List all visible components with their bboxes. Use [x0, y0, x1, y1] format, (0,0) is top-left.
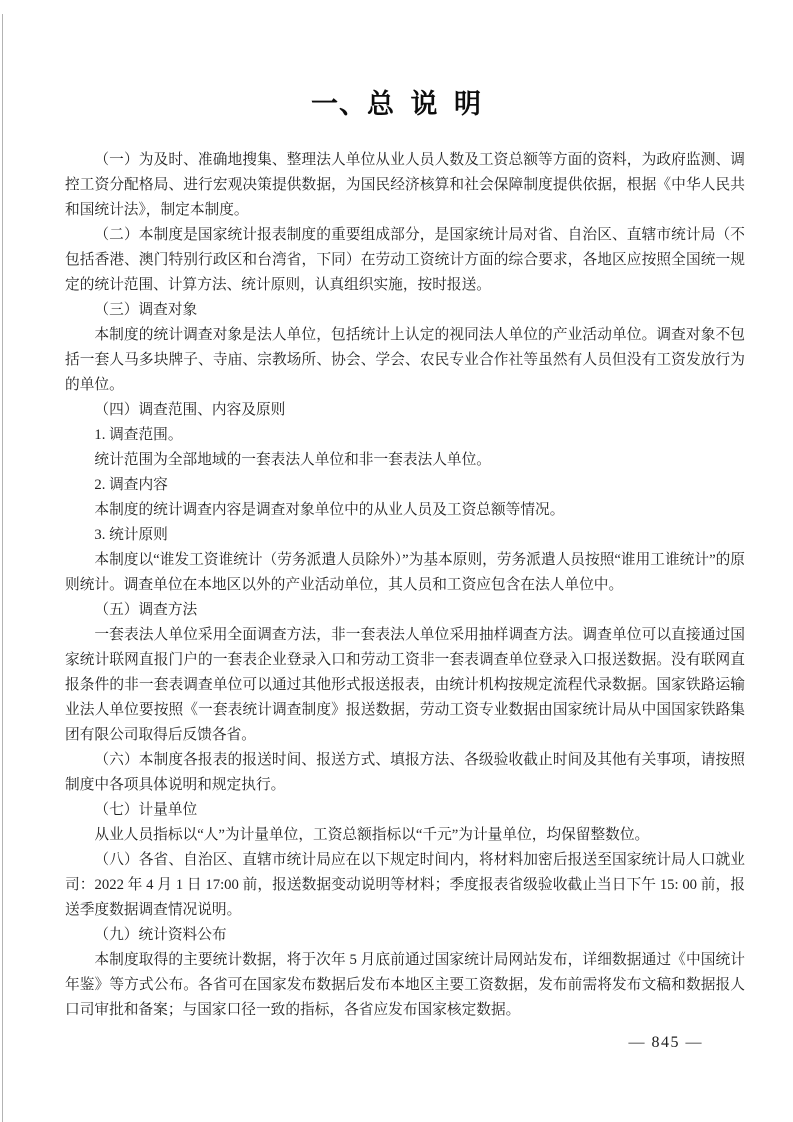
para-1-purpose: （一）为及时、准确地搜集、整理法人单位从业人员人数及工资总额等方面的资料，为政府… — [65, 148, 745, 223]
para-survey-scope-detail: 统计范围为全部地域的一套表法人单位和非一套表法人单位。 — [65, 448, 745, 473]
para-2-system-composition: （二）本制度是国家统计报表制度的重要组成部分，是国家统计局对省、自治区、直辖市统… — [65, 223, 745, 298]
heading-9-data-publication: （九）统计资料公布 — [65, 923, 745, 948]
heading-5-survey-method: （五）调查方法 — [65, 598, 745, 623]
subheading-survey-content: 2. 调查内容 — [65, 473, 745, 498]
scan-edge-artifact — [2, 14, 3, 1122]
para-statistical-principle-detail: 本制度以“谁发工资谁统计（劳务派遣人员除外）”为基本原则，劳务派遣人员按照“谁用… — [65, 548, 745, 598]
subheading-survey-scope: 1. 调查范围。 — [65, 423, 745, 448]
page-title: 一、总 说 明 — [0, 82, 793, 121]
para-measurement-unit-detail: 从业人员指标以“人”为计量单位，工资总额指标以“千元”为计量单位，均保留整数位。 — [65, 823, 745, 848]
para-survey-content-detail: 本制度的统计调查内容是调查对象单位中的从业人员及工资总额等情况。 — [65, 498, 745, 523]
heading-4-scope-content-principles: （四）调查范围、内容及原则 — [65, 398, 745, 423]
heading-3-survey-object: （三）调查对象 — [65, 298, 745, 323]
document-body: （一）为及时、准确地搜集、整理法人单位从业人员人数及工资总额等方面的资料，为政府… — [65, 148, 745, 1023]
subheading-statistical-principle: 3. 统计原则 — [65, 523, 745, 548]
para-8-reporting-deadlines: （八）各省、自治区、直辖市统计局应在以下规定时间内，将材料加密后报送至国家统计局… — [65, 848, 745, 923]
document-page: 一、总 说 明 （一）为及时、准确地搜集、整理法人单位从业人员人数及工资总额等方… — [0, 0, 793, 1122]
para-survey-method-detail: 一套表法人单位采用全面调查方法，非一套表法人单位采用抽样调查方法。调查单位可以直… — [65, 623, 745, 748]
para-data-publication-detail: 本制度取得的主要统计数据，将于次年 5 月底前通过国家统计局网站发布，详细数据通… — [65, 948, 745, 1023]
para-survey-object-detail: 本制度的统计调查对象是法人单位，包括统计上认定的视同法人单位的产业活动单位。调查… — [65, 323, 745, 398]
para-6-reporting-requirements: （六）本制度各报表的报送时间、报送方式、填报方法、各级验收截止时间及其他有关事项… — [65, 748, 745, 798]
heading-7-measurement-unit: （七）计量单位 — [65, 798, 745, 823]
page-number: — 845 — — [629, 1034, 704, 1052]
